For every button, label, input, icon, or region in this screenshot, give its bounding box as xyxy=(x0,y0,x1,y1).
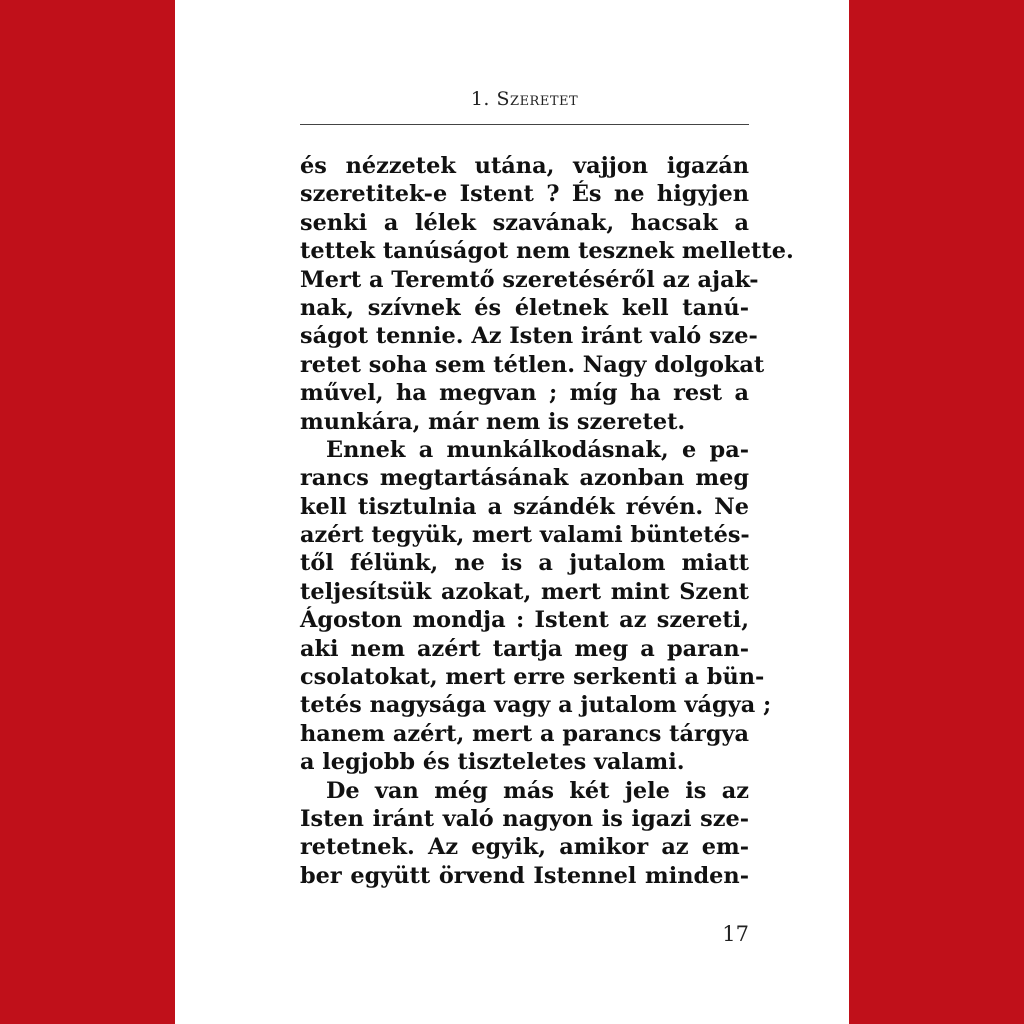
text-line: retetnek. Az egyik, amikor az em- xyxy=(300,833,749,861)
page-number: 17 xyxy=(705,922,749,946)
text-line: től félünk, ne is a jutalom miatt xyxy=(300,549,749,577)
text-line: teljesítsük azokat, mert mint Szent xyxy=(300,578,749,606)
text-line: Ágoston mondja : Istent az szereti, xyxy=(300,606,749,634)
text-line: hanem azért, mert a parancs tárgya xyxy=(300,720,749,748)
text-line: és nézzetek utána, vajjon igazán xyxy=(300,152,749,180)
text-line: Mert a Teremtő szeretéséről az ajak- xyxy=(300,266,749,294)
body-text: és nézzetek utána, vajjon igazán szereti… xyxy=(300,152,749,890)
text-line: rancs megtartásának azonban meg xyxy=(300,464,749,492)
chapter-number: 1. xyxy=(471,88,490,110)
text-line: csolatokat, mert erre serkenti a bün- xyxy=(300,663,749,691)
text-line: kell tisztulnia a szándék révén. Ne xyxy=(300,493,749,521)
text-line: ságot tennie. Az Isten iránt való sze- xyxy=(300,322,749,350)
text-line: szeretitek-e Istent ? És ne higyjen xyxy=(300,180,749,208)
text-line: a legjobb és tiszteletes valami. xyxy=(300,748,749,776)
text-line: munkára, már nem is szeretet. xyxy=(300,408,749,436)
header-rule xyxy=(300,124,749,125)
book-page: 1. Szeretet és nézzetek utána, vajjon ig… xyxy=(175,0,849,1024)
running-head: 1. Szeretet xyxy=(300,88,749,110)
text-line: művel, ha megvan ; míg ha rest a xyxy=(300,379,749,407)
chapter-title: Szeretet xyxy=(497,88,579,110)
text-line: Isten iránt való nagyon is igazi sze- xyxy=(300,805,749,833)
text-line: retet soha sem tétlen. Nagy dolgokat xyxy=(300,351,749,379)
text-line: ber együtt örvend Istennel minden- xyxy=(300,862,749,890)
text-line: De van még más két jele is az xyxy=(300,777,749,805)
text-line: senki a lélek szavának, hacsak a xyxy=(300,209,749,237)
text-line: Ennek a munkálkodásnak, e pa- xyxy=(300,436,749,464)
text-line: azért tegyük, mert valami büntetés- xyxy=(300,521,749,549)
text-line: tetés nagysága vagy a jutalom vágya ; xyxy=(300,691,749,719)
text-line: tettek tanúságot nem tesznek mellette. xyxy=(300,237,749,265)
text-line: nak, szívnek és életnek kell tanú- xyxy=(300,294,749,322)
text-line: aki nem azért tartja meg a paran- xyxy=(300,635,749,663)
